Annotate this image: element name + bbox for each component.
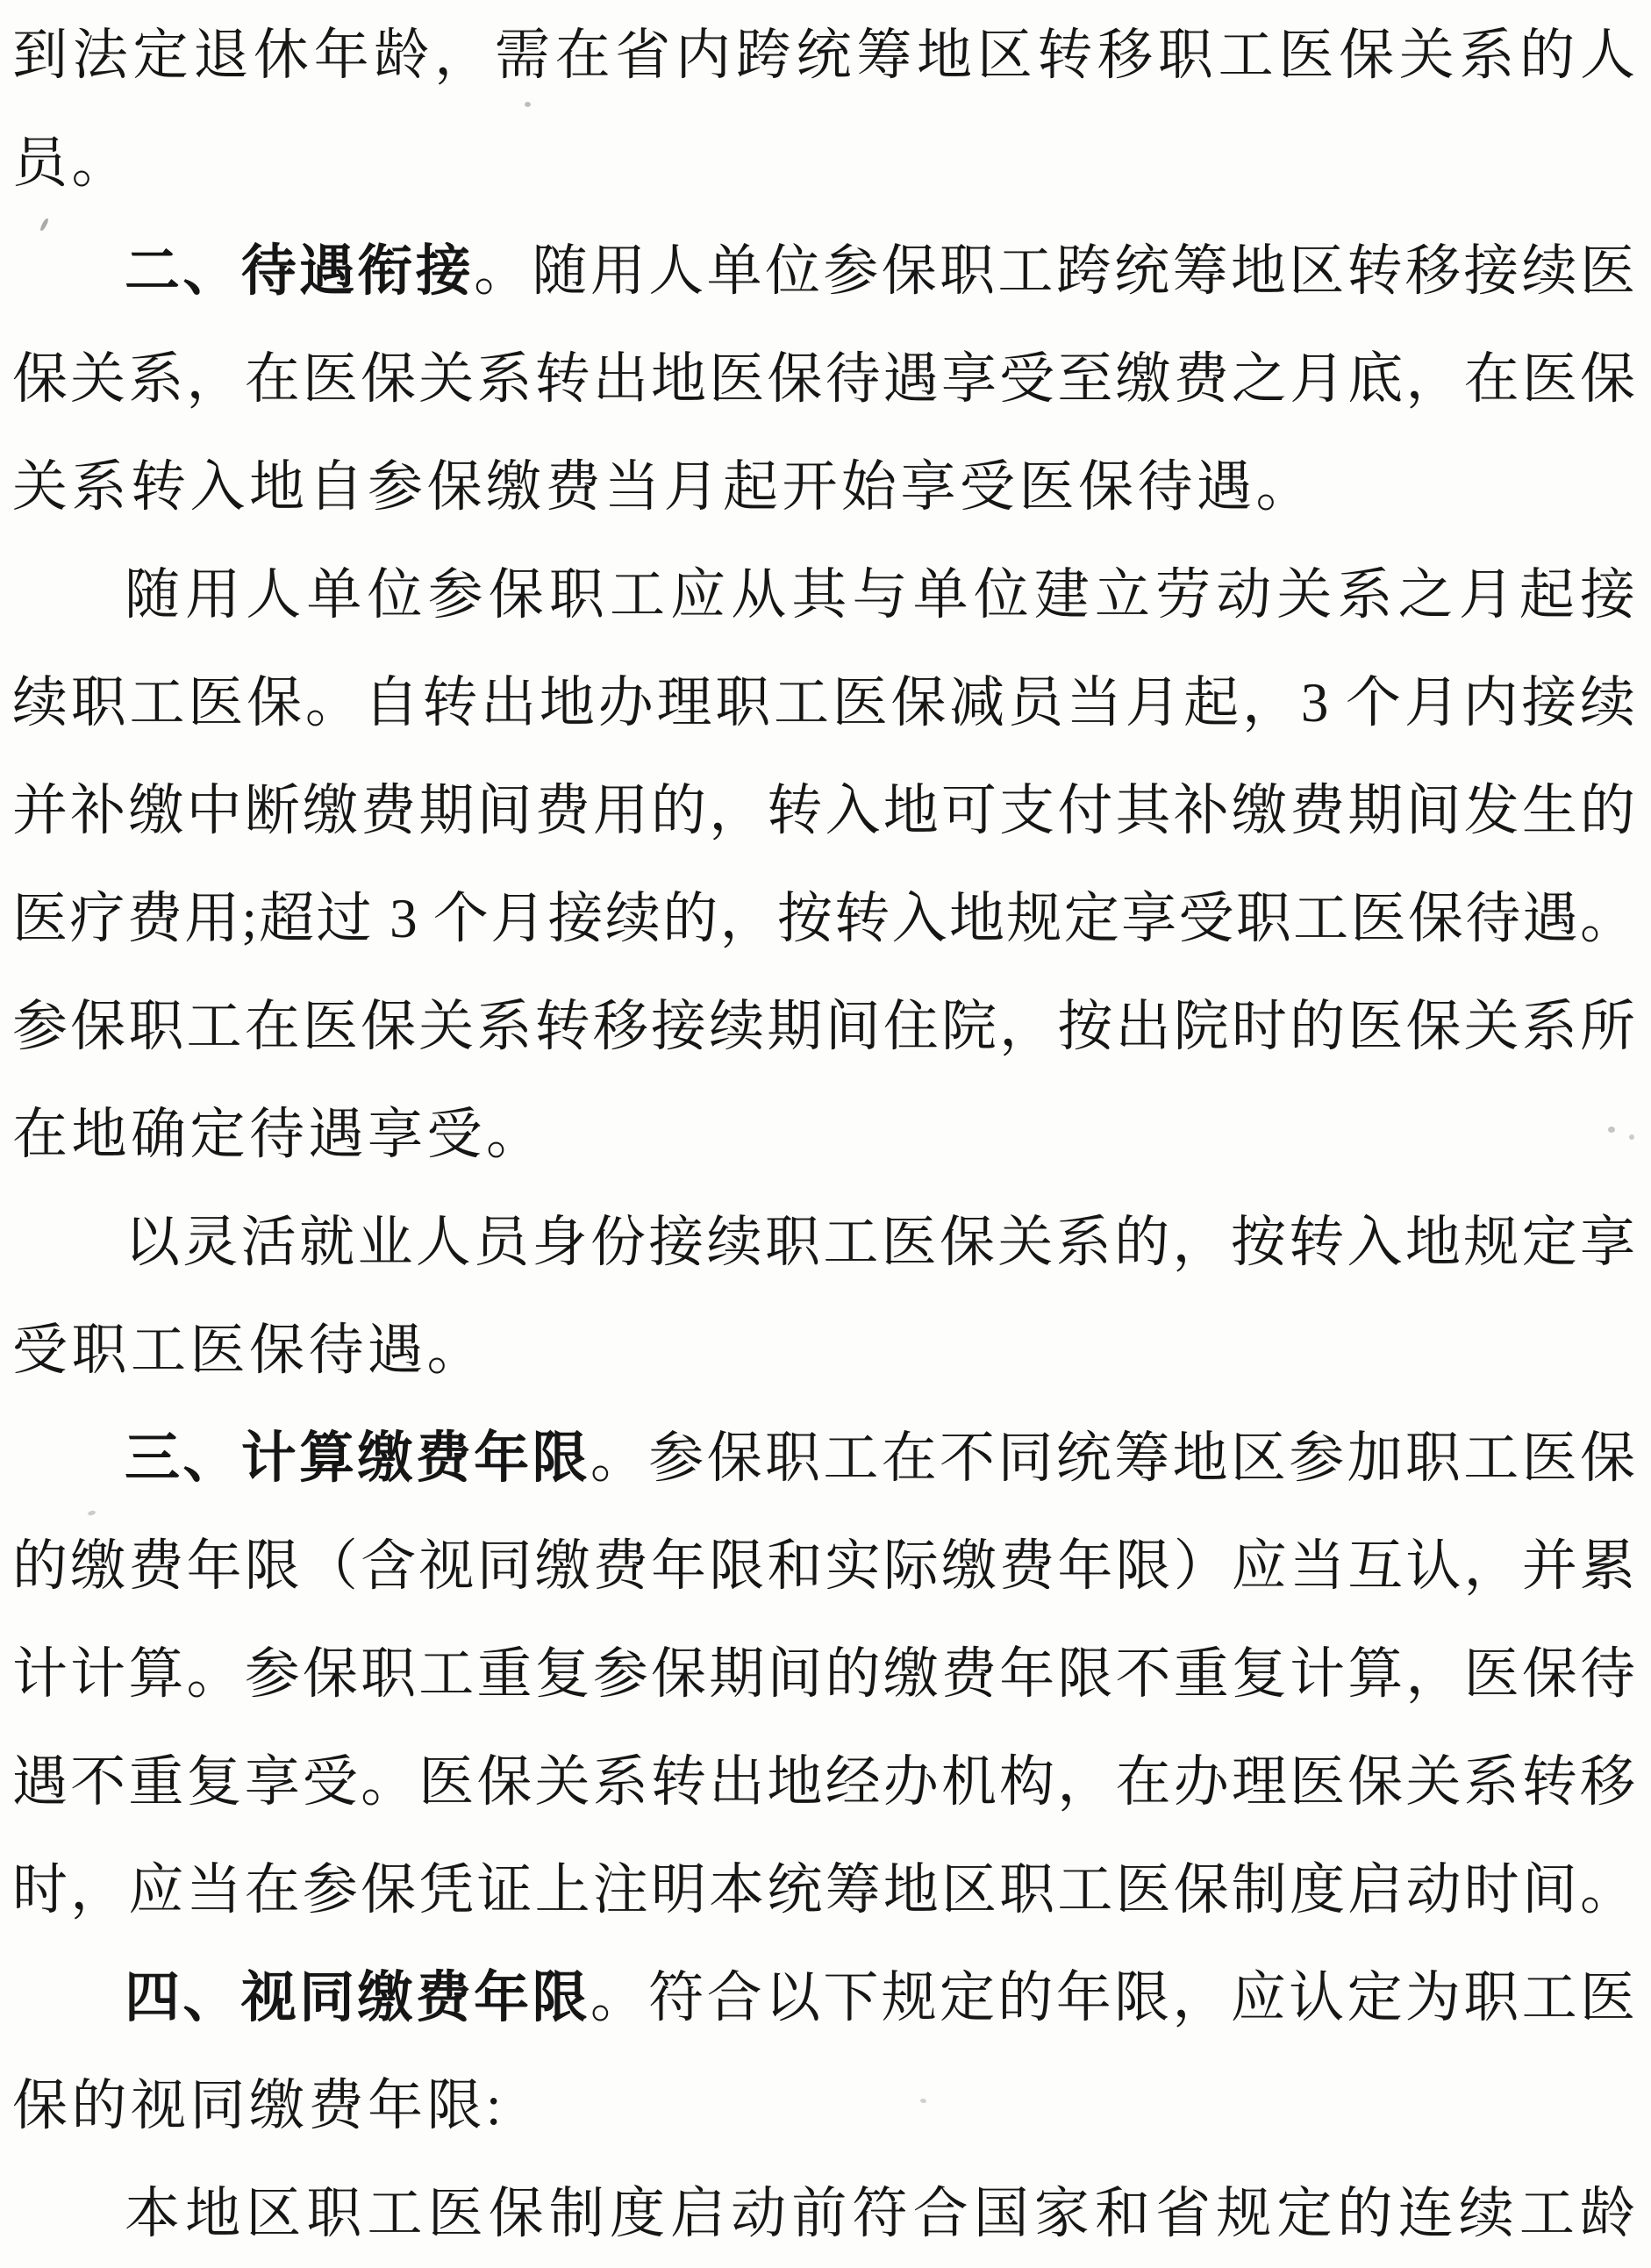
text-line: 保关系，在医保关系转出地医保待遇享受至缴费之月底，在医保 [0, 326, 1651, 433]
document-text-block: 到法定退休年龄，需在省内跨统筹地区转移职工医保关系的人员。二、待遇衔接。随用人单… [0, 2, 1651, 2268]
body-text: 续职工医保。自转出地办理职工医保减员当月起，3 个月内接续 [12, 672, 1635, 733]
text-line: 时，应当在参保凭证上注明本统筹地区职工医保制度启动时间。 [0, 1836, 1651, 1944]
body-text: 保关系，在医保关系转出地医保待遇享受至缴费之月底，在医保 [12, 348, 1635, 410]
body-text: 随用人单位参保职工应从其与单位建立劳动关系之月起接 [125, 564, 1635, 626]
text-line: 关系转入地自参保缴费当月起开始享受医保待遇。 [0, 433, 1651, 541]
body-text: 医疗费用;超过 3 个月接续的，按转入地规定享受职工医保待遇。 [12, 888, 1635, 949]
body-text: 计计算。参保职工重复参保期间的缴费年限不重复计算，医保待 [12, 1643, 1635, 1705]
scan-speck [1608, 1127, 1615, 1133]
text-line: 以灵活就业人员身份接续职工医保关系的，按转入地规定享 [0, 1189, 1651, 1297]
text-line: 保的视同缴费年限: [0, 2052, 1651, 2160]
body-text: 受职工医保待遇。 [12, 1320, 486, 1381]
text-line: 三、计算缴费年限。参保职工在不同统筹地区参加职工医保 [0, 1405, 1651, 1513]
section-heading-text: 三、计算缴费年限 [125, 1427, 590, 1489]
text-line: 受职工医保待遇。 [0, 1297, 1651, 1405]
text-line: 遇不重复享受。医保关系转出地经办机构，在办理医保关系转移 [0, 1728, 1651, 1836]
text-line: 医疗费用;超过 3 个月接续的，按转入地规定享受职工医保待遇。 [0, 865, 1651, 973]
body-text: 本地区职工医保制度启动前符合国家和省规定的连续工龄 [125, 2183, 1635, 2244]
body-text: 在地确定待遇享受。 [12, 1104, 546, 1165]
text-line: 的缴费年限（含视同缴费年限和实际缴费年限）应当互认，并累 [0, 1513, 1651, 1621]
text-line: 二、待遇衔接。随用人单位参保职工跨统筹地区转移接续医 [0, 218, 1651, 326]
section-heading-text: 四、视同缴费年限 [125, 1967, 590, 2028]
text-line: 并补缴中断缴费期间费用的，转入地可支付其补缴费期间发生的 [0, 757, 1651, 865]
text-line: 续职工医保。自转出地办理职工医保减员当月起，3 个月内接续 [0, 649, 1651, 757]
body-text: 关系转入地自参保缴费当月起开始享受医保待遇。 [12, 456, 1315, 518]
text-line: 在地确定待遇享受。 [0, 1081, 1651, 1189]
body-text: 。随用人单位参保职工跨统筹地区转移接续医 [474, 240, 1635, 302]
body-text: 的缴费年限（含视同缴费年限和实际缴费年限）应当互认，并累 [12, 1535, 1635, 1597]
body-text: 以灵活就业人员身份接续职工医保关系的，按转入地规定享 [125, 1212, 1635, 1273]
body-text: 。符合以下规定的年限，应认定为职工医 [590, 1967, 1635, 2028]
body-text: 保的视同缴费年限: [12, 2075, 505, 2136]
text-line: 随用人单位参保职工应从其与单位建立劳动关系之月起接 [0, 541, 1651, 649]
text-line: 本地区职工医保制度启动前符合国家和省规定的连续工龄 [0, 2160, 1651, 2268]
section-heading-text: 二、待遇衔接 [125, 240, 474, 302]
body-text: 到法定退休年龄，需在省内跨统筹地区转移职工医保关系的人 [12, 25, 1635, 86]
text-line: 四、视同缴费年限。符合以下规定的年限，应认定为职工医 [0, 1944, 1651, 2052]
scan-speck [525, 102, 531, 107]
document-page: 到法定退休年龄，需在省内跨统筹地区转移职工医保关系的人员。二、待遇衔接。随用人单… [0, 0, 1651, 2268]
text-line: 参保职工在医保关系转移接续期间住院，按出院时的医保关系所 [0, 973, 1651, 1081]
body-text: 时，应当在参保凭证上注明本统筹地区职工医保制度启动时间。 [12, 1859, 1635, 1921]
text-line: 计计算。参保职工重复参保期间的缴费年限不重复计算，医保待 [0, 1621, 1651, 1728]
text-line: 到法定退休年龄，需在省内跨统筹地区转移职工医保关系的人 [0, 2, 1651, 110]
scan-speck [1629, 1134, 1634, 1140]
text-line: 员。 [0, 110, 1651, 218]
body-text: 员。 [12, 132, 131, 194]
body-text: 遇不重复享受。医保关系转出地经办机构，在办理医保关系转移 [12, 1751, 1635, 1813]
body-text: 。参保职工在不同统筹地区参加职工医保 [590, 1427, 1635, 1489]
body-text: 并补缴中断缴费期间费用的，转入地可支付其补缴费期间发生的 [12, 780, 1635, 841]
body-text: 参保职工在医保关系转移接续期间住院，按出院时的医保关系所 [12, 996, 1635, 1057]
